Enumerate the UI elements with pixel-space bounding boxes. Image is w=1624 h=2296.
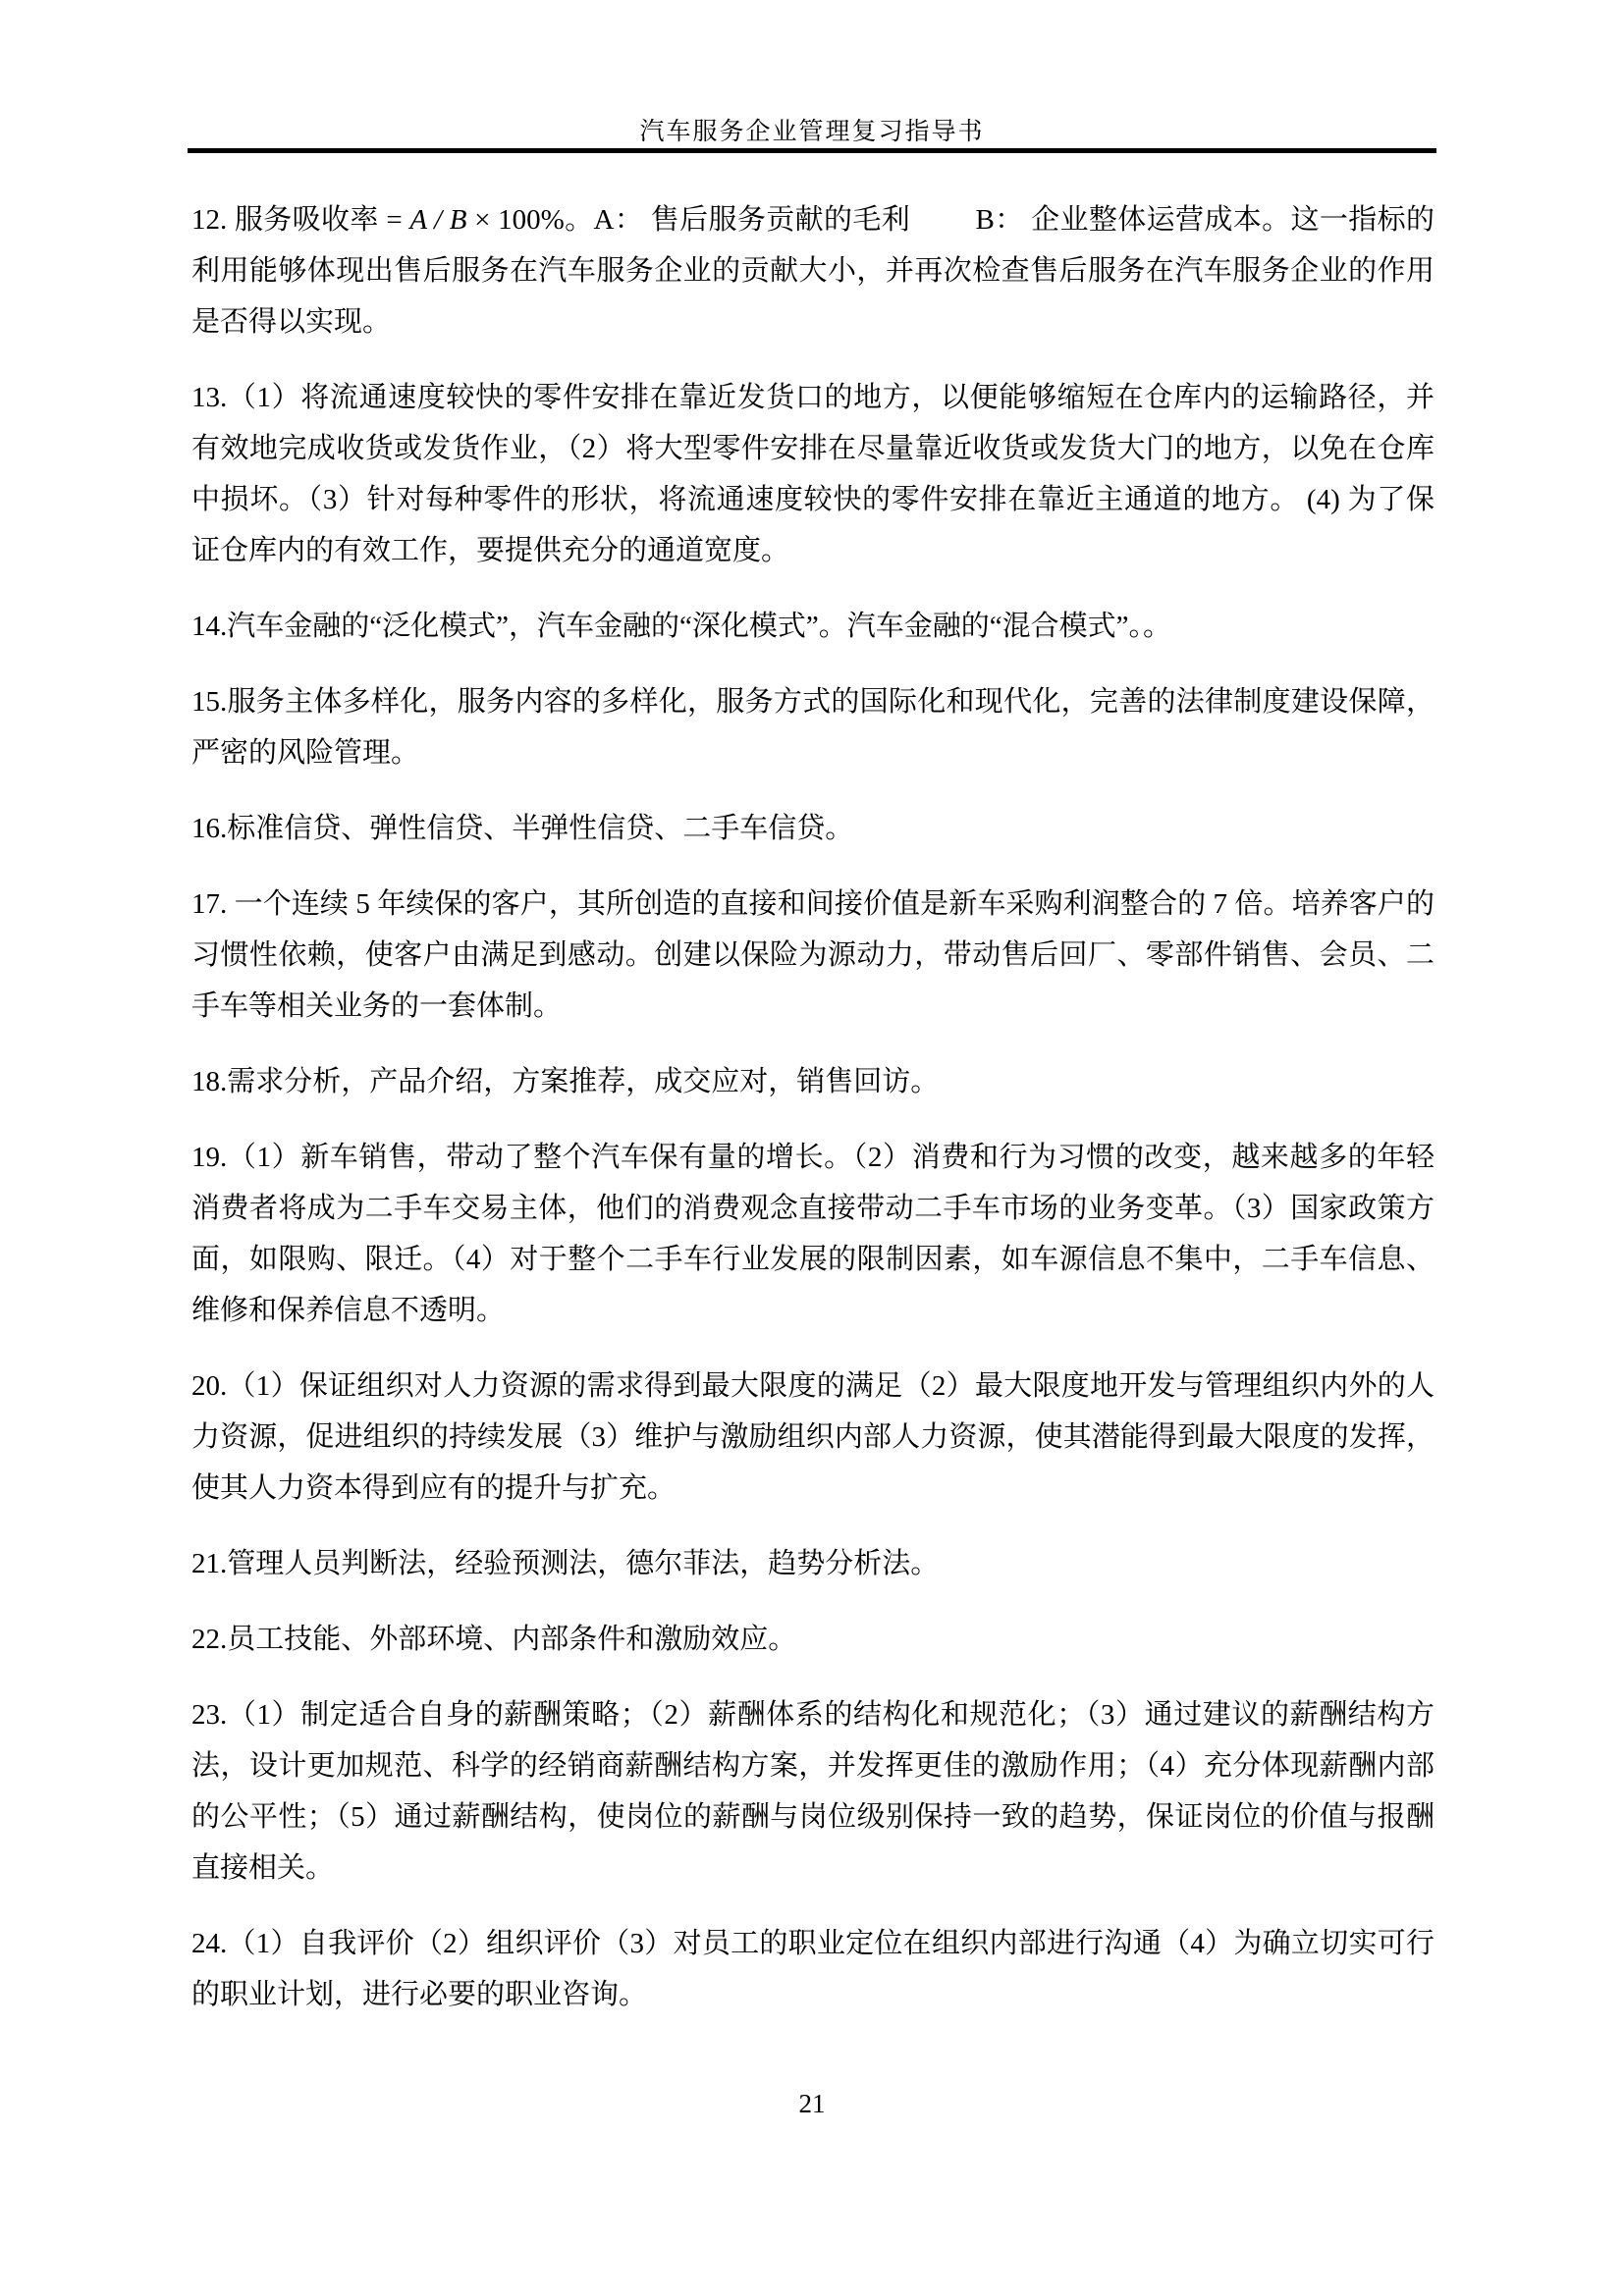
document-body: 12. 服务吸收率 = A / B × 100%。A： 售后服务贡献的毛利 B：…: [191, 194, 1435, 2020]
paragraph-14: 14.汽车金融的“泛化模式”，汽车金融的“深化模式”。汽车金融的“混合模式”。。: [191, 601, 1435, 652]
paragraph-20: 20.（1）保证组织对人力资源的需求得到最大限度的满足（2）最大限度地开发与管理…: [191, 1361, 1435, 1514]
paragraph-19: 19.（1）新车销售，带动了整个汽车保有量的增长。（2）消费和行为习惯的改变，越…: [191, 1132, 1435, 1336]
paragraph-12: 12. 服务吸收率 = A / B × 100%。A： 售后服务贡献的毛利 B：…: [191, 194, 1435, 347]
paragraph-13: 13.（1）将流通速度较快的零件安排在靠近发货口的地方，以便能够缩短在仓库内的运…: [191, 372, 1435, 576]
paragraph-17: 17. 一个连续 5 年续保的客户，其所创造的直接和间接价值是新车采购利润整合的…: [191, 879, 1435, 1032]
page-number: 21: [0, 2089, 1624, 2119]
formula-a-over-b: A / B: [409, 204, 466, 236]
paragraph-23: 23.（1）制定适合自身的薪酬策略；（2）薪酬体系的结构化和规范化；（3）通过建…: [191, 1689, 1435, 1894]
paragraph-12-text-pre: 12. 服务吸收率 =: [191, 204, 409, 236]
paragraph-22: 22.员工技能、外部环境、内部条件和激励效应。: [191, 1614, 1435, 1665]
paragraph-18: 18.需求分析，产品介绍，方案推荐，成交应对，销售回访。: [191, 1056, 1435, 1107]
paragraph-24: 24.（1）自我评价（2）组织评价（3）对员工的职业定位在组织内部进行沟通（4）…: [191, 1918, 1435, 2020]
paragraph-15: 15.服务主体多样化，服务内容的多样化，服务方式的国际化和现代化，完善的法律制度…: [191, 676, 1435, 778]
paragraph-16: 16.标准信贷、弹性信贷、半弹性信贷、二手车信贷。: [191, 803, 1435, 854]
page-header-title: 汽车服务企业管理复习指导书: [0, 112, 1624, 147]
header-rule: [188, 148, 1436, 153]
paragraph-21: 21.管理人员判断法，经验预测法，德尔菲法，趋势分析法。: [191, 1538, 1435, 1589]
document-page: 汽车服务企业管理复习指导书 12. 服务吸收率 = A / B × 100%。A…: [0, 0, 1624, 2296]
